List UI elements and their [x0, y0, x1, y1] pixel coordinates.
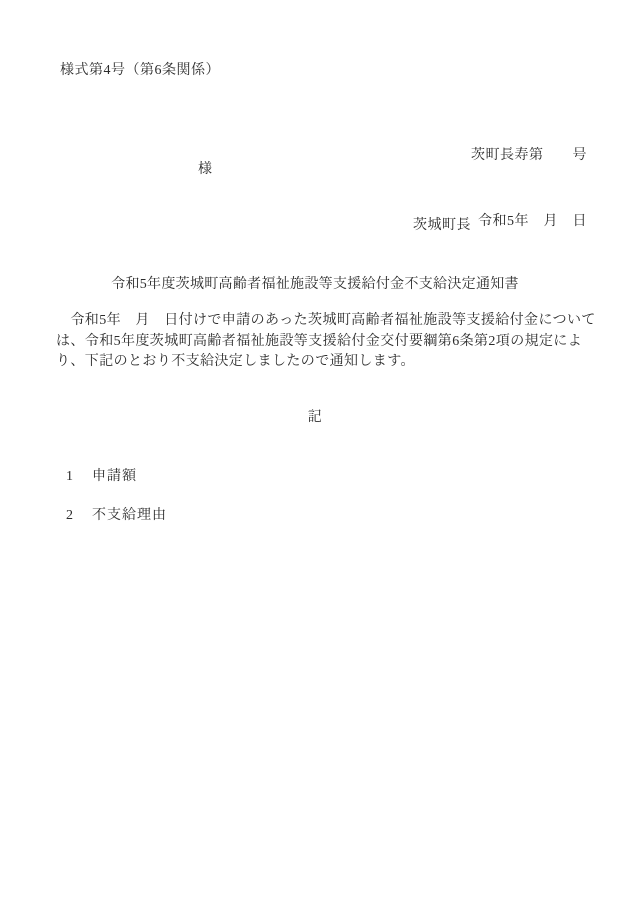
addressee-honorific: 様 — [198, 163, 213, 177]
document-date-line: 令和5年 月 日 — [471, 211, 587, 233]
form-number: 様式第4号（第6条関係） — [60, 64, 220, 78]
list-item-nonpayment-reason: 2 不支給理由 — [66, 509, 167, 523]
document-meta-block: 茨町長寿第 号 令和5年 月 日 — [471, 101, 587, 277]
body-line-3: り、下記のとおり不支給決定しましたので通知します。 — [56, 352, 590, 373]
body-line-2: は、令和5年度茨城町高齢者福祉施設等支援給付金交付要綱第6条第2項の規定によ — [56, 332, 590, 353]
sender-name: 茨城町長 — [413, 219, 471, 233]
document-title: 令和5年度茨城町高齢者福祉施設等支援給付金不支給決定通知書 — [0, 278, 630, 292]
body-line-1: 令和5年 月 日付けで申請のあった茨城町高齢者福祉施設等支援給付金について — [56, 311, 590, 332]
document-page: 様式第4号（第6条関係） 茨町長寿第 号 令和5年 月 日 様 茨城町長 令和5… — [0, 0, 630, 903]
item-number: 2 — [66, 509, 73, 523]
item-number: 1 — [66, 470, 73, 484]
record-marker: 記 — [0, 411, 630, 425]
item-label: 不支給理由 — [92, 509, 167, 523]
document-number-line: 茨町長寿第 号 — [471, 145, 587, 167]
list-item-application-amount: 1 申請額 — [66, 470, 137, 484]
item-label: 申請額 — [92, 470, 137, 484]
body-paragraph: 令和5年 月 日付けで申請のあった茨城町高齢者福祉施設等支援給付金について は、… — [56, 311, 590, 373]
